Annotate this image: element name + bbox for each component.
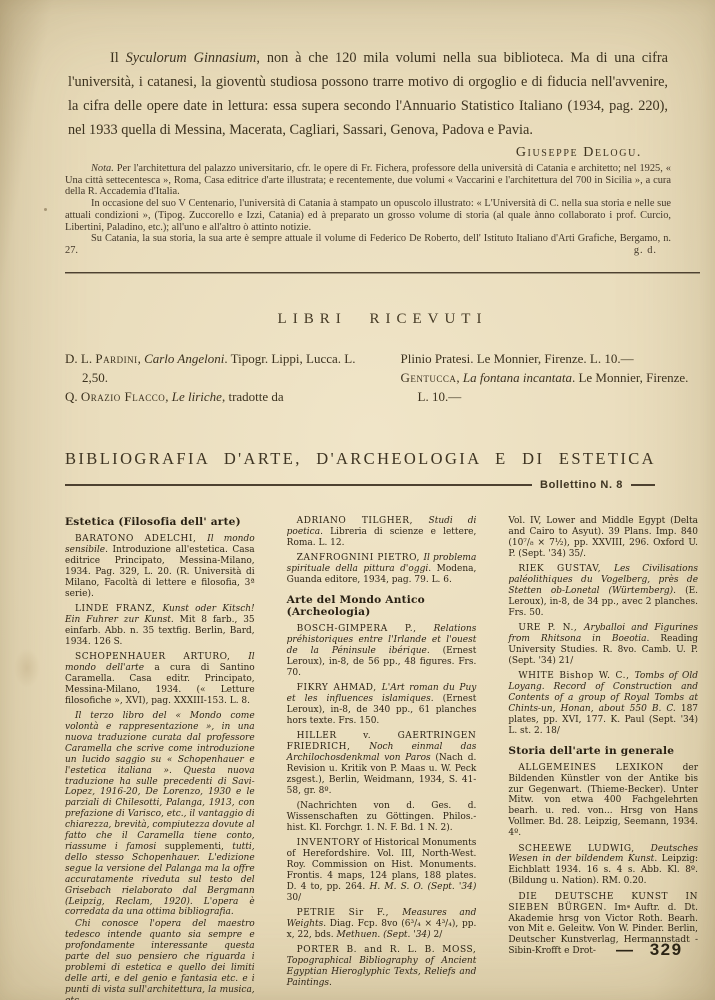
bollettino-label: Bollettino N. 8: [540, 479, 623, 491]
text-run: H. M. S. O. (Sept. '34): [369, 882, 476, 892]
text-run: Estetica (Filosofia dell' arte): [65, 516, 241, 528]
text-run: BARATONO ADELCHI,: [75, 534, 207, 544]
text-run: In occasione del suo V Centenario, l'uni…: [65, 198, 671, 232]
text-run: (Nachrichten von d. Ges. d. Wissenschaft…: [287, 801, 477, 833]
bibliography-entry: SCHEEWE LUDWIG, Deutsches Wesen in der b…: [508, 844, 698, 888]
paper-speck: [44, 208, 47, 211]
nota-initials: g. d.: [634, 245, 657, 257]
text-run: Orazio Flacco: [81, 389, 165, 404]
text-run: supplementi,: [165, 842, 224, 852]
text-run: PORTER B. and R. L. B. MOSS,: [297, 945, 477, 955]
bibliography-entry: LINDE FRANZ, Kunst oder Kitsch! Ein Fuhr…: [65, 604, 255, 648]
text-run: 30/: [287, 893, 301, 903]
text-run: Syculorum Ginnasium: [126, 50, 257, 66]
text-run: Topographical Bibliography of Ancient Eg…: [287, 956, 477, 988]
text-run: Pardini: [95, 351, 137, 366]
rule-line-end: [631, 484, 655, 486]
bibliography-entry: PORTER B. and R. L. B. MOSS, Topographic…: [287, 945, 477, 989]
text-run: D. L.: [65, 351, 95, 366]
text-run: WHITE Bishop W. C.,: [518, 671, 634, 681]
text-run: Per l'architettura del palazzo universit…: [65, 163, 671, 197]
text-run: Carlo Angeloni: [144, 351, 224, 366]
bibliography-entry: (Nachrichten von d. Ges. d. Wissenschaft…: [287, 801, 477, 834]
commentary-paragraph: Il terzo libro del « Mondo come volontà …: [65, 711, 255, 918]
nota-paragraph: Su Catania, la sua storia, la sua arte è…: [65, 233, 671, 256]
text-run: BOSCH-GIMPERA P.,: [297, 624, 434, 634]
bibliography-entry: BARATONO ADELCHI, Il mondo sensibile. In…: [65, 534, 255, 599]
column-heading: Arte del Mondo Antico (Archeologia): [287, 594, 477, 618]
text-run: Methuen. (Sept. '34): [337, 930, 431, 940]
text-run: La fontana incantata: [463, 370, 572, 385]
text-run: ADRIANO TILGHER,: [297, 516, 429, 526]
libri-column-left: D. L. Pardini, Carlo Angeloni. Tipogr. L…: [65, 349, 365, 406]
libri-ricevuti-title: LIBRI RICEVUTI: [65, 311, 700, 328]
page-number: — 329: [616, 940, 683, 960]
author-signature: Giuseppe Delogu.: [68, 145, 642, 161]
bibliografia-column-2: ADRIANO TILGHER, Studi di poetica. Libre…: [287, 516, 477, 1000]
bibliography-entry: ALLGEMEINES LEXIKON der Bildenden Künstl…: [508, 763, 698, 839]
bibliography-entry: INVENTORY of Historical Monuments of Her…: [287, 838, 477, 903]
text-run: Il terzo libro del « Mondo come volontà …: [65, 711, 255, 852]
bibliography-entry: SCHOPENHAUER ARTURO, Il mondo dell'arte …: [65, 652, 255, 707]
text-run: FIKRY AHMAD,: [297, 683, 382, 693]
bibliography-entry: HILLER v. GAERTRINGEN FRIEDRICH, Noch ei…: [287, 731, 477, 796]
text-run: Il: [110, 50, 126, 66]
scanned-page: { "colors": { "paper": "#e7d9b6", "ink":…: [0, 0, 715, 1000]
nota-paragraph: Nota. Per l'architettura del palazzo uni…: [65, 163, 671, 198]
text-run: RIEK GUSTAV,: [518, 564, 614, 574]
text-run: Chi conosce l'opera del maestro tedesco …: [65, 919, 255, 1000]
text-run: ALLGEMEINES LEXIKON: [518, 763, 664, 773]
bibliography-entry: ADRIANO TILGHER, Studi di poetica. Libre…: [287, 516, 477, 549]
text-run: SCHOPENHAUER ARTURO,: [75, 652, 248, 662]
bibliography-entry: ZANFROGNINI PIETRO, Il problema spiritua…: [287, 553, 477, 586]
text-run: Storia dell'arte in generale: [508, 745, 674, 757]
rule-line: [65, 484, 532, 486]
bibliography-entry: BOSCH-GIMPERA P., Relations préhistoriqu…: [287, 624, 477, 679]
text-run: Gentucca: [401, 370, 457, 385]
section-divider-rule: [65, 272, 700, 274]
text-run: Le liriche: [172, 389, 222, 404]
commentary-paragraph: Chi conosce l'opera del maestro tedesco …: [65, 919, 255, 1000]
bibliografia-title: BIBLIOGRAFIA D'ARTE, D'ARCHEOLOGIA E DI …: [65, 449, 700, 469]
text-run: tutti, dello stesso Schopenhauer. L'ediz…: [65, 842, 255, 917]
book-entry: Plinio Pratesi. Le Monnier, Firenze. L. …: [401, 349, 701, 368]
text-run: INVENTORY: [297, 838, 360, 848]
text-run: Vol. IV, Lower and Middle Egypt (Delta a…: [508, 516, 698, 559]
bibliography-entry-continuation: Vol. IV, Lower and Middle Egypt (Delta a…: [508, 516, 698, 560]
text-run: Arte del Mondo Antico (Archeologia): [287, 594, 425, 618]
column-heading: Storia dell'arte in generale: [508, 745, 698, 757]
paper-stain: [14, 648, 40, 688]
bibliography-entry: RIEK GUSTAV, Les Civilisations paléolith…: [508, 564, 698, 619]
text-run: Su Catania, la sua storia, la sua arte è…: [65, 233, 671, 256]
libri-ricevuti-columns: D. L. Pardini, Carlo Angeloni. Tipogr. L…: [65, 349, 700, 406]
nota-paragraphs: Nota. Per l'architettura del palazzo uni…: [65, 163, 671, 257]
book-entry: Q. Orazio Flacco, Le liriche, tradotte d…: [65, 387, 365, 406]
bibliography-entry: PETRIE Sir F., Measures and Weights. Dia…: [287, 908, 477, 941]
text-run: SCHEEWE LUDWIG,: [518, 844, 650, 854]
text-run: Q.: [65, 389, 81, 404]
bibliography-entry: FIKRY AHMAD, L'Art roman du Puy et les i…: [287, 683, 477, 727]
libri-column-right: Plinio Pratesi. Le Monnier, Firenze. L. …: [401, 349, 701, 406]
text-run: 2/: [431, 930, 443, 940]
column-heading: Estetica (Filosofia dell' arte): [65, 516, 255, 528]
text-run: URE P. N.,: [518, 623, 584, 633]
bibliography-entry: URE P. N., Aryballoi and Figurines from …: [508, 623, 698, 667]
text-run: PETRIE Sir F.,: [297, 908, 403, 918]
bibliografia-rule: Bollettino N. 8: [65, 479, 655, 491]
text-run: LINDE FRANZ,: [75, 604, 162, 614]
book-entry: D. L. Pardini, Carlo Angeloni. Tipogr. L…: [65, 349, 365, 387]
nota-section: Nota. Per l'architettura del palazzo uni…: [65, 163, 671, 257]
libri-ricevuti-section: LIBRI RICEVUTI D. L. Pardini, Carlo Ange…: [65, 311, 700, 406]
text-run: Plinio Pratesi. Le Monnier, Firenze. L. …: [401, 351, 634, 366]
bibliografia-column-1: Estetica (Filosofia dell' arte)BARATONO …: [65, 516, 255, 1000]
text-run: Nota.: [91, 163, 114, 174]
bibliografia-column-3: Vol. IV, Lower and Middle Egypt (Delta a…: [508, 516, 698, 1000]
book-entry: Gentucca, La fontana incantata. Le Monni…: [401, 368, 701, 406]
bibliography-entry: WHITE Bishop W. C., Tombs of Old Loyang.…: [508, 671, 698, 736]
text-run: , tradotte da: [222, 389, 284, 404]
nota-paragraph: In occasione del suo V Centenario, l'uni…: [65, 198, 671, 233]
intro-paragraph: Il Syculorum Ginnasium, non à che 120 mi…: [68, 46, 668, 142]
bibliografia-columns: Estetica (Filosofia dell' arte)BARATONO …: [65, 516, 698, 1000]
text-run: der Bildenden Künstler von der Antike bi…: [508, 763, 698, 838]
text-run: ZANFROGNINI PIETRO,: [297, 553, 424, 563]
